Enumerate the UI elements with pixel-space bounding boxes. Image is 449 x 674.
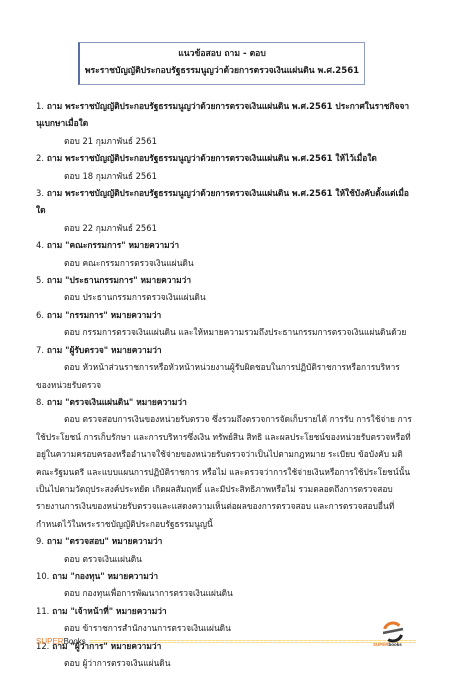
question-text: ถาม "ตรวจเงินแผ่นดิน" หมายความว่า — [47, 397, 187, 407]
qa-item: 1. ถาม พระราชบัญญัติประกอบรัฐธรรมนูญว่าด… — [36, 98, 414, 150]
answer-text: ตอบ กรรมการตรวจเงินแผ่นดิน และให้หมายควา… — [36, 324, 414, 341]
answer-text: ตอบ ผู้ว่าการตรวจเงินแผ่นดิน — [36, 655, 414, 672]
question: 6. ถาม "กรรมการ" หมายความว่า — [36, 307, 414, 324]
question-text: ถาม พระราชบัญญัติประกอบรัฐธรรมนูญว่าด้วย… — [36, 101, 409, 128]
answer-text: ตอบ 22 กุมภาพันธ์ 2561 — [36, 220, 414, 237]
qa-item: 7. ถาม "ผู้รับตรวจ" หมายความว่า ตอบ หัวห… — [36, 342, 414, 394]
question: 7. ถาม "ผู้รับตรวจ" หมายความว่า — [36, 342, 414, 359]
question: 10. ถาม "กองทุน" หมายความว่า — [36, 568, 414, 585]
question-number: 6. — [36, 310, 44, 320]
qa-item: 9. ถาม "ตรวจสอบ" หมายความว่า ตอบ ตรวจเงิ… — [36, 533, 414, 568]
answer-text: ตอบ ตรวจสอบการเงินของหน่วยรับตรวจ ซึ่งรว… — [36, 411, 414, 533]
answer-text: ตอบ ประธานกรรมการตรวจเงินแผ่นดิน — [36, 289, 414, 306]
answer-text: ตอบ หัวหน้าส่วนราชการหรือหัวหน้าหน่วยงาน… — [36, 359, 414, 394]
qa-item: 2. ถาม พระราชบัญญัติประกอบรัฐธรรมนูญว่าด… — [36, 150, 414, 185]
answer-text: ตอบ คณะกรรมการตรวจเงินแผ่นดิน — [36, 255, 414, 272]
question-text: ถาม พระราชบัญญัติประกอบรัฐธรรมนูญว่าด้วย… — [36, 188, 409, 215]
question: 4. ถาม "คณะกรรมการ" หมายความว่า — [36, 237, 414, 254]
qa-item: 5. ถาม "ประธานกรรมการ" หมายความว่า ตอบ ป… — [36, 272, 414, 307]
question-number: 7. — [36, 345, 44, 355]
footer-rule: ========================================… — [89, 637, 416, 647]
logo-super: SUPER — [373, 642, 389, 647]
question: 2. ถาม พระราชบัญญัติประกอบรัฐธรรมนูญว่าด… — [36, 150, 414, 167]
question: 11. ถาม "เจ้าหน้าที่" หมายความว่า — [36, 603, 414, 620]
question-number: 9. — [36, 536, 44, 546]
document-heading: แนวข้อสอบ ถาม - ตอบ — [80, 46, 364, 63]
footer-brand-books: Books — [64, 637, 86, 647]
qa-item: 3. ถาม พระราชบัญญัติประกอบรัฐธรรมนูญว่าด… — [36, 185, 414, 237]
title-box: แนวข้อสอบ ถาม - ตอบ พระราชบัญญัติประกอบร… — [78, 42, 365, 85]
answer-text: ตอบ ข้าราชการสำนักงานการตรวจเงินแผ่นดิน — [36, 620, 414, 637]
qa-item: 6. ถาม "กรรมการ" หมายความว่า ตอบ กรรมการ… — [36, 307, 414, 342]
question-number: 10. — [36, 571, 49, 581]
question-text: ถาม "ตรวจสอบ" หมายความว่า — [47, 536, 162, 546]
page-footer: SUPERBooks =============================… — [36, 637, 416, 647]
question: 1. ถาม พระราชบัญญัติประกอบรัฐธรรมนูญว่าด… — [36, 98, 414, 133]
answer-text: ตอบ ตรวจเงินแผ่นดิน — [36, 551, 414, 568]
qa-item: 10. ถาม "กองทุน" หมายความว่า ตอบ กองทุนเ… — [36, 568, 414, 603]
question-text: ถาม "ประธานกรรมการ" หมายความว่า — [47, 275, 191, 285]
question-number: 5. — [36, 275, 44, 285]
question-text: ถาม "กองทุน" หมายความว่า — [52, 571, 158, 581]
question-text: ถาม "เจ้าหน้าที่" หมายความว่า — [52, 606, 166, 616]
qa-item: 4. ถาม "คณะกรรมการ" หมายความว่า ตอบ คณะก… — [36, 237, 414, 272]
question: 9. ถาม "ตรวจสอบ" หมายความว่า — [36, 533, 414, 550]
question-number: 1. — [36, 101, 44, 111]
answer-text: ตอบ 21 กุมภาพันธ์ 2561 — [36, 133, 414, 150]
qa-list: 1. ถาม พระราชบัญญัติประกอบรัฐธรรมนูญว่าด… — [36, 98, 414, 672]
question-number: 11. — [36, 606, 49, 616]
footer-brand-super: SUPER — [36, 637, 64, 647]
question-text: ถาม "คณะกรรมการ" หมายความว่า — [47, 240, 179, 250]
qa-item: 8. ถาม "ตรวจเงินแผ่นดิน" หมายความว่า ตอบ… — [36, 394, 414, 533]
question: 3. ถาม พระราชบัญญัติประกอบรัฐธรรมนูญว่าด… — [36, 185, 414, 220]
question-text: ถาม พระราชบัญญัติประกอบรัฐธรรมนูญว่าด้วย… — [47, 153, 377, 163]
document-subheading: พระราชบัญญัติประกอบรัฐธรรมนูญว่าด้วยการต… — [80, 63, 364, 80]
qa-item: 11. ถาม "เจ้าหน้าที่" หมายความว่า ตอบ ข้… — [36, 603, 414, 638]
logo-books: books — [389, 642, 402, 647]
question: 8. ถาม "ตรวจเงินแผ่นดิน" หมายความว่า — [36, 394, 414, 411]
question-number: 3. — [36, 188, 44, 198]
question-number: 8. — [36, 397, 44, 407]
question: 5. ถาม "ประธานกรรมการ" หมายความว่า — [36, 272, 414, 289]
question-number: 4. — [36, 240, 44, 250]
logo-wordmark: SUPERbooks — [373, 642, 402, 647]
question-text: ถาม "ผู้รับตรวจ" หมายความว่า — [47, 345, 162, 355]
question-number: 2. — [36, 153, 44, 163]
question-text: ถาม "กรรมการ" หมายความว่า — [47, 310, 161, 320]
answer-text: ตอบ กองทุนเพื่อการพัฒนาการตรวจเงินแผ่นดิ… — [36, 585, 414, 602]
answer-text: ตอบ 18 กุมภาพันธ์ 2561 — [36, 168, 414, 185]
